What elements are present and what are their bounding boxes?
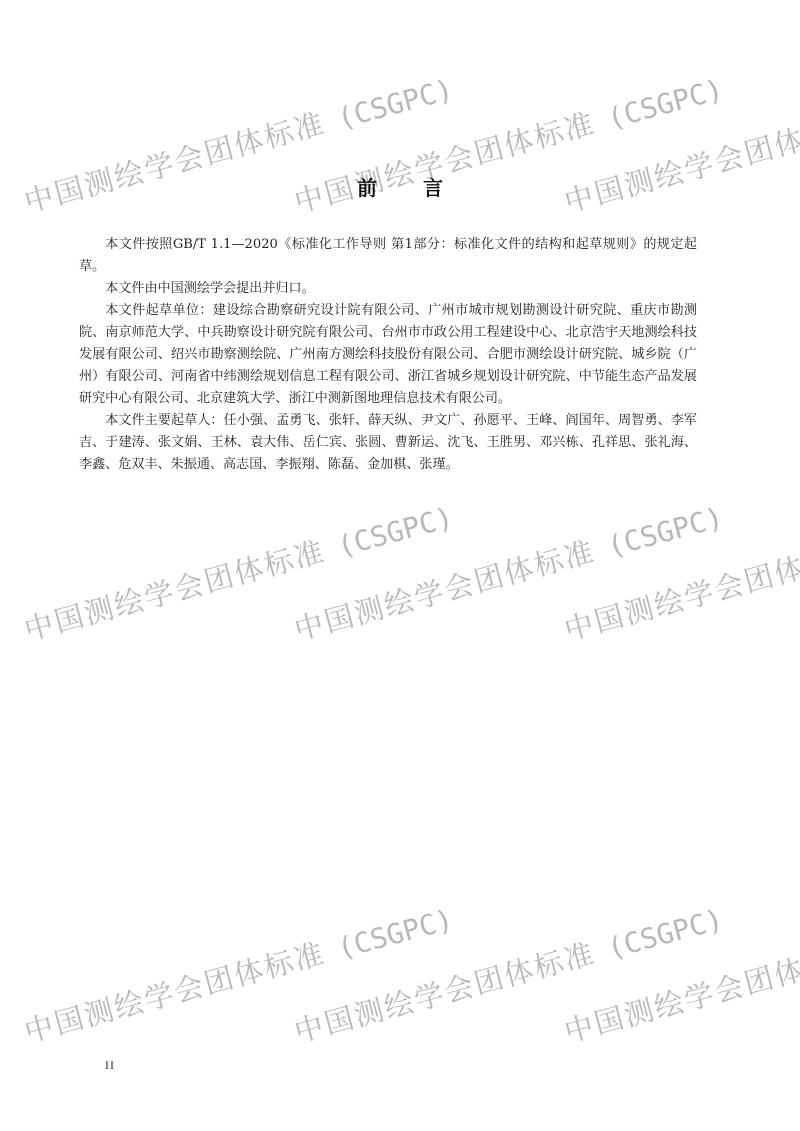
page-number: II [105,1058,115,1073]
title-char: 言 [423,172,443,201]
page-title: 前言 [0,172,800,201]
watermark: 中国测绘学会团体标准(CSGPC) [559,495,800,649]
paragraph-proposer: 本文件由中国测绘学会提出并归口。 [79,278,697,300]
preface-body: 本文件按照GB/T 1.1—2020《标准化工作导则 第1部分：标准化文件的结构… [79,234,697,476]
watermark: 中国测绘学会团体标准(CSGPC) [289,495,727,649]
paragraph-drafting-units: 本文件起草单位：建设综合勘察研究设计院有限公司、广州市城市规划勘测设计研究院、重… [79,300,697,410]
watermark: 中国测绘学会团体标准(CSGPC) [19,495,457,649]
paragraph-drafting-rule: 本文件按照GB/T 1.1—2020《标准化工作导则 第1部分：标准化文件的结构… [79,234,697,278]
watermark: 中国测绘学会团体标准(CSGPC) [289,897,727,1051]
document-page: 中国测绘学会团体标准(CSGPC) 中国测绘学会团体标准(CSGPC) 中国测绘… [0,0,800,1131]
watermark: 中国测绘学会团体标准(CSGPC) [559,897,800,1051]
watermark: 中国测绘学会团体标准(CSGPC) [19,897,457,1051]
watermark-layer: 中国测绘学会团体标准(CSGPC) 中国测绘学会团体标准(CSGPC) 中国测绘… [0,0,800,1131]
paragraph-drafters: 本文件主要起草人：任小强、孟勇飞、张轩、薛天纵、尹文广、孙愿平、王峰、阎国年、周… [79,410,697,476]
title-char: 前 [357,172,377,201]
